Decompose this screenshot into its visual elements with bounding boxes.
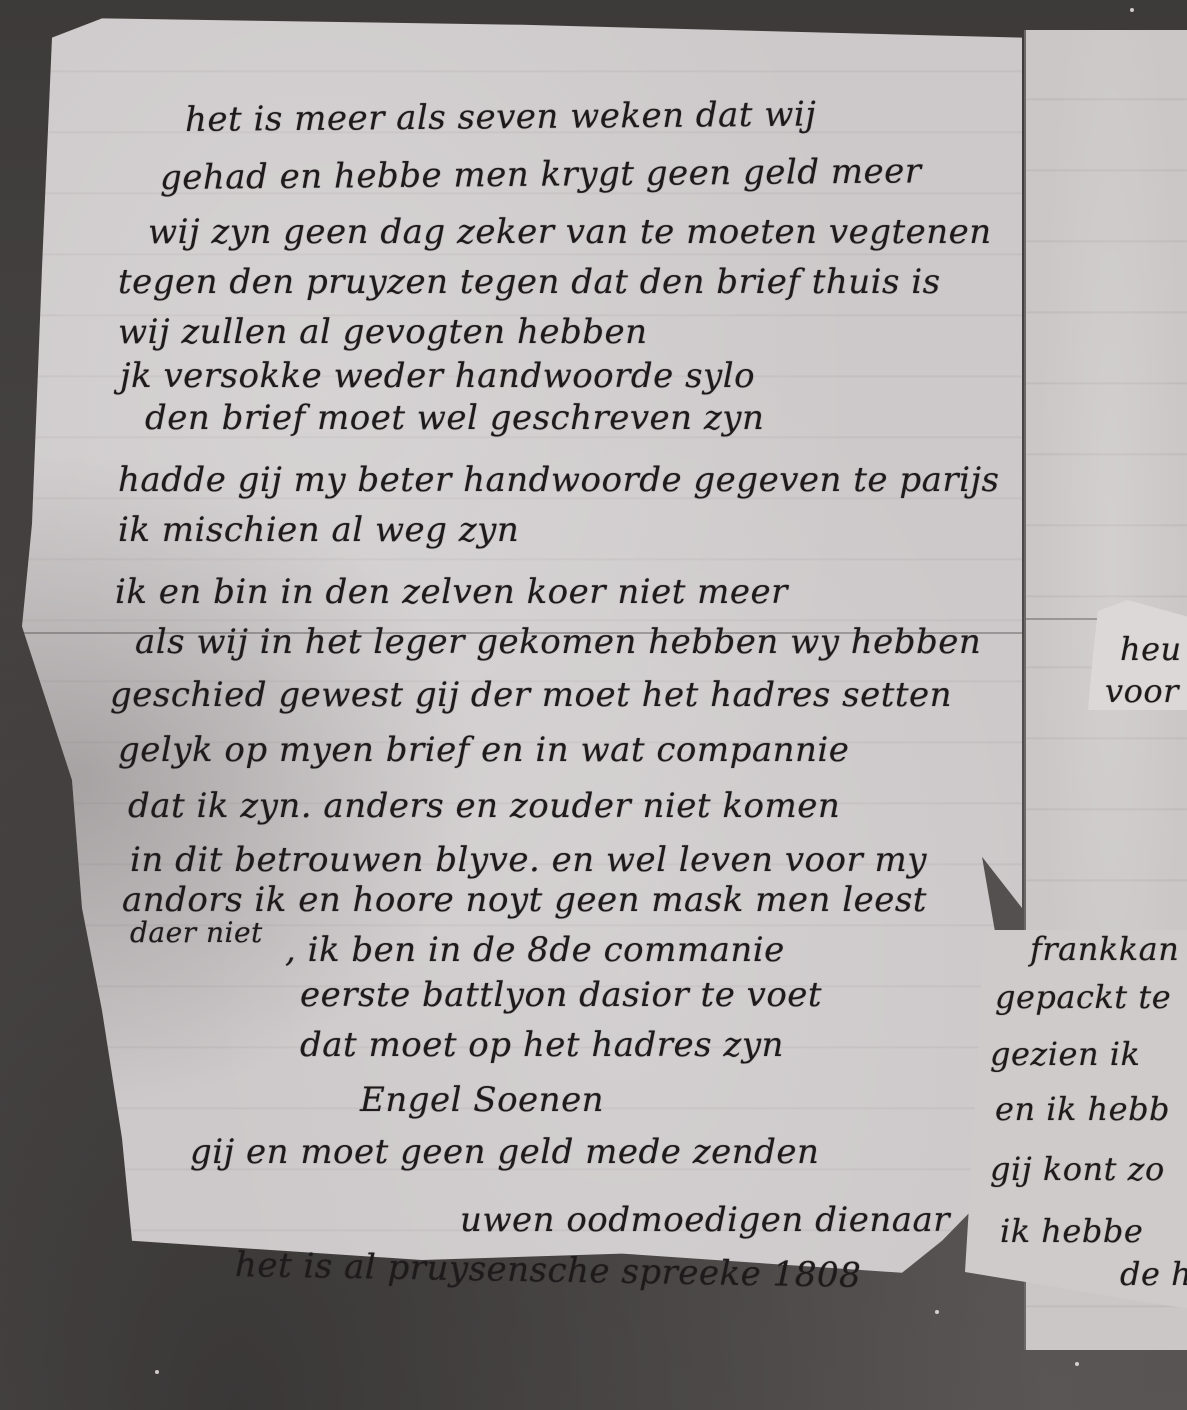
dust-speck (1075, 1362, 1079, 1366)
letter-line: gelyk op myen brief en in wat compannie (118, 730, 849, 770)
letter-line: ik en bin in den zelven koer niet meer (115, 572, 788, 612)
letter-line: andors ik en hoore noyt geen mask men le… (122, 880, 927, 920)
right-fragment-line: voor (1105, 672, 1179, 710)
right-fragment-line: en ik hebb (995, 1090, 1170, 1128)
letter-line: den brief moet wel geschreven zyn (145, 398, 764, 438)
right-fragment-line: de h (1120, 1255, 1187, 1293)
letter-line: geschied gewest gij der moet het hadres … (110, 675, 952, 715)
letter-line: gehad en hebbe men krygt geen geld meer (160, 151, 922, 198)
letter-line: daer niet (130, 916, 263, 949)
signature: Engel Soenen (360, 1080, 604, 1120)
letter-line: als wij in het leger gekomen hebben wy h… (135, 622, 981, 662)
letter-line: het is meer als seven weken dat wij (185, 94, 817, 140)
address-line: , ik ben in de 8de commanie (285, 930, 785, 970)
letter-line: jk versokke weder handwoorde sylo (120, 356, 755, 396)
closing: uwen oodmoedigen dienaar (460, 1200, 950, 1240)
letter-line: tegen den pruyzen tegen dat den brief th… (118, 262, 941, 302)
letter-line: hadde gij my beter handwoorde gegeven te… (118, 460, 999, 500)
postscript: gij en moet geen geld mede zenden (190, 1132, 819, 1172)
address-line: eerste battlyon dasior te voet (300, 975, 822, 1015)
letter-line: in dit betrouwen blyve. en wel leven voo… (130, 840, 927, 880)
dust-speck (935, 1310, 939, 1314)
letter-line: ik mischien al weg zyn (118, 510, 519, 550)
right-fragment-line: ik hebbe (1000, 1212, 1143, 1250)
date-line: het is al pruysensche spreeke 1808 (235, 1245, 862, 1296)
letter-text-layer: het is meer als seven weken dat wij geha… (0, 0, 1187, 1410)
right-fragment-line: gij kont zo (990, 1150, 1165, 1188)
right-fragment-line: gepackt te (995, 978, 1171, 1016)
letter-line: dat ik zyn. anders en zouder niet komen (128, 786, 840, 826)
dust-speck (1130, 8, 1134, 12)
dust-speck (155, 1370, 159, 1374)
letter-line: wij zullen al gevogten hebben (118, 312, 648, 352)
right-fragment-line: gezien ik (990, 1035, 1140, 1073)
right-fragment-line: frankkan (1030, 930, 1179, 968)
letter-line: wij zyn geen dag zeker van te moeten veg… (148, 212, 992, 252)
right-fragment-line: heu (1120, 630, 1182, 668)
address-line: dat moet op het hadres zyn (300, 1025, 784, 1065)
